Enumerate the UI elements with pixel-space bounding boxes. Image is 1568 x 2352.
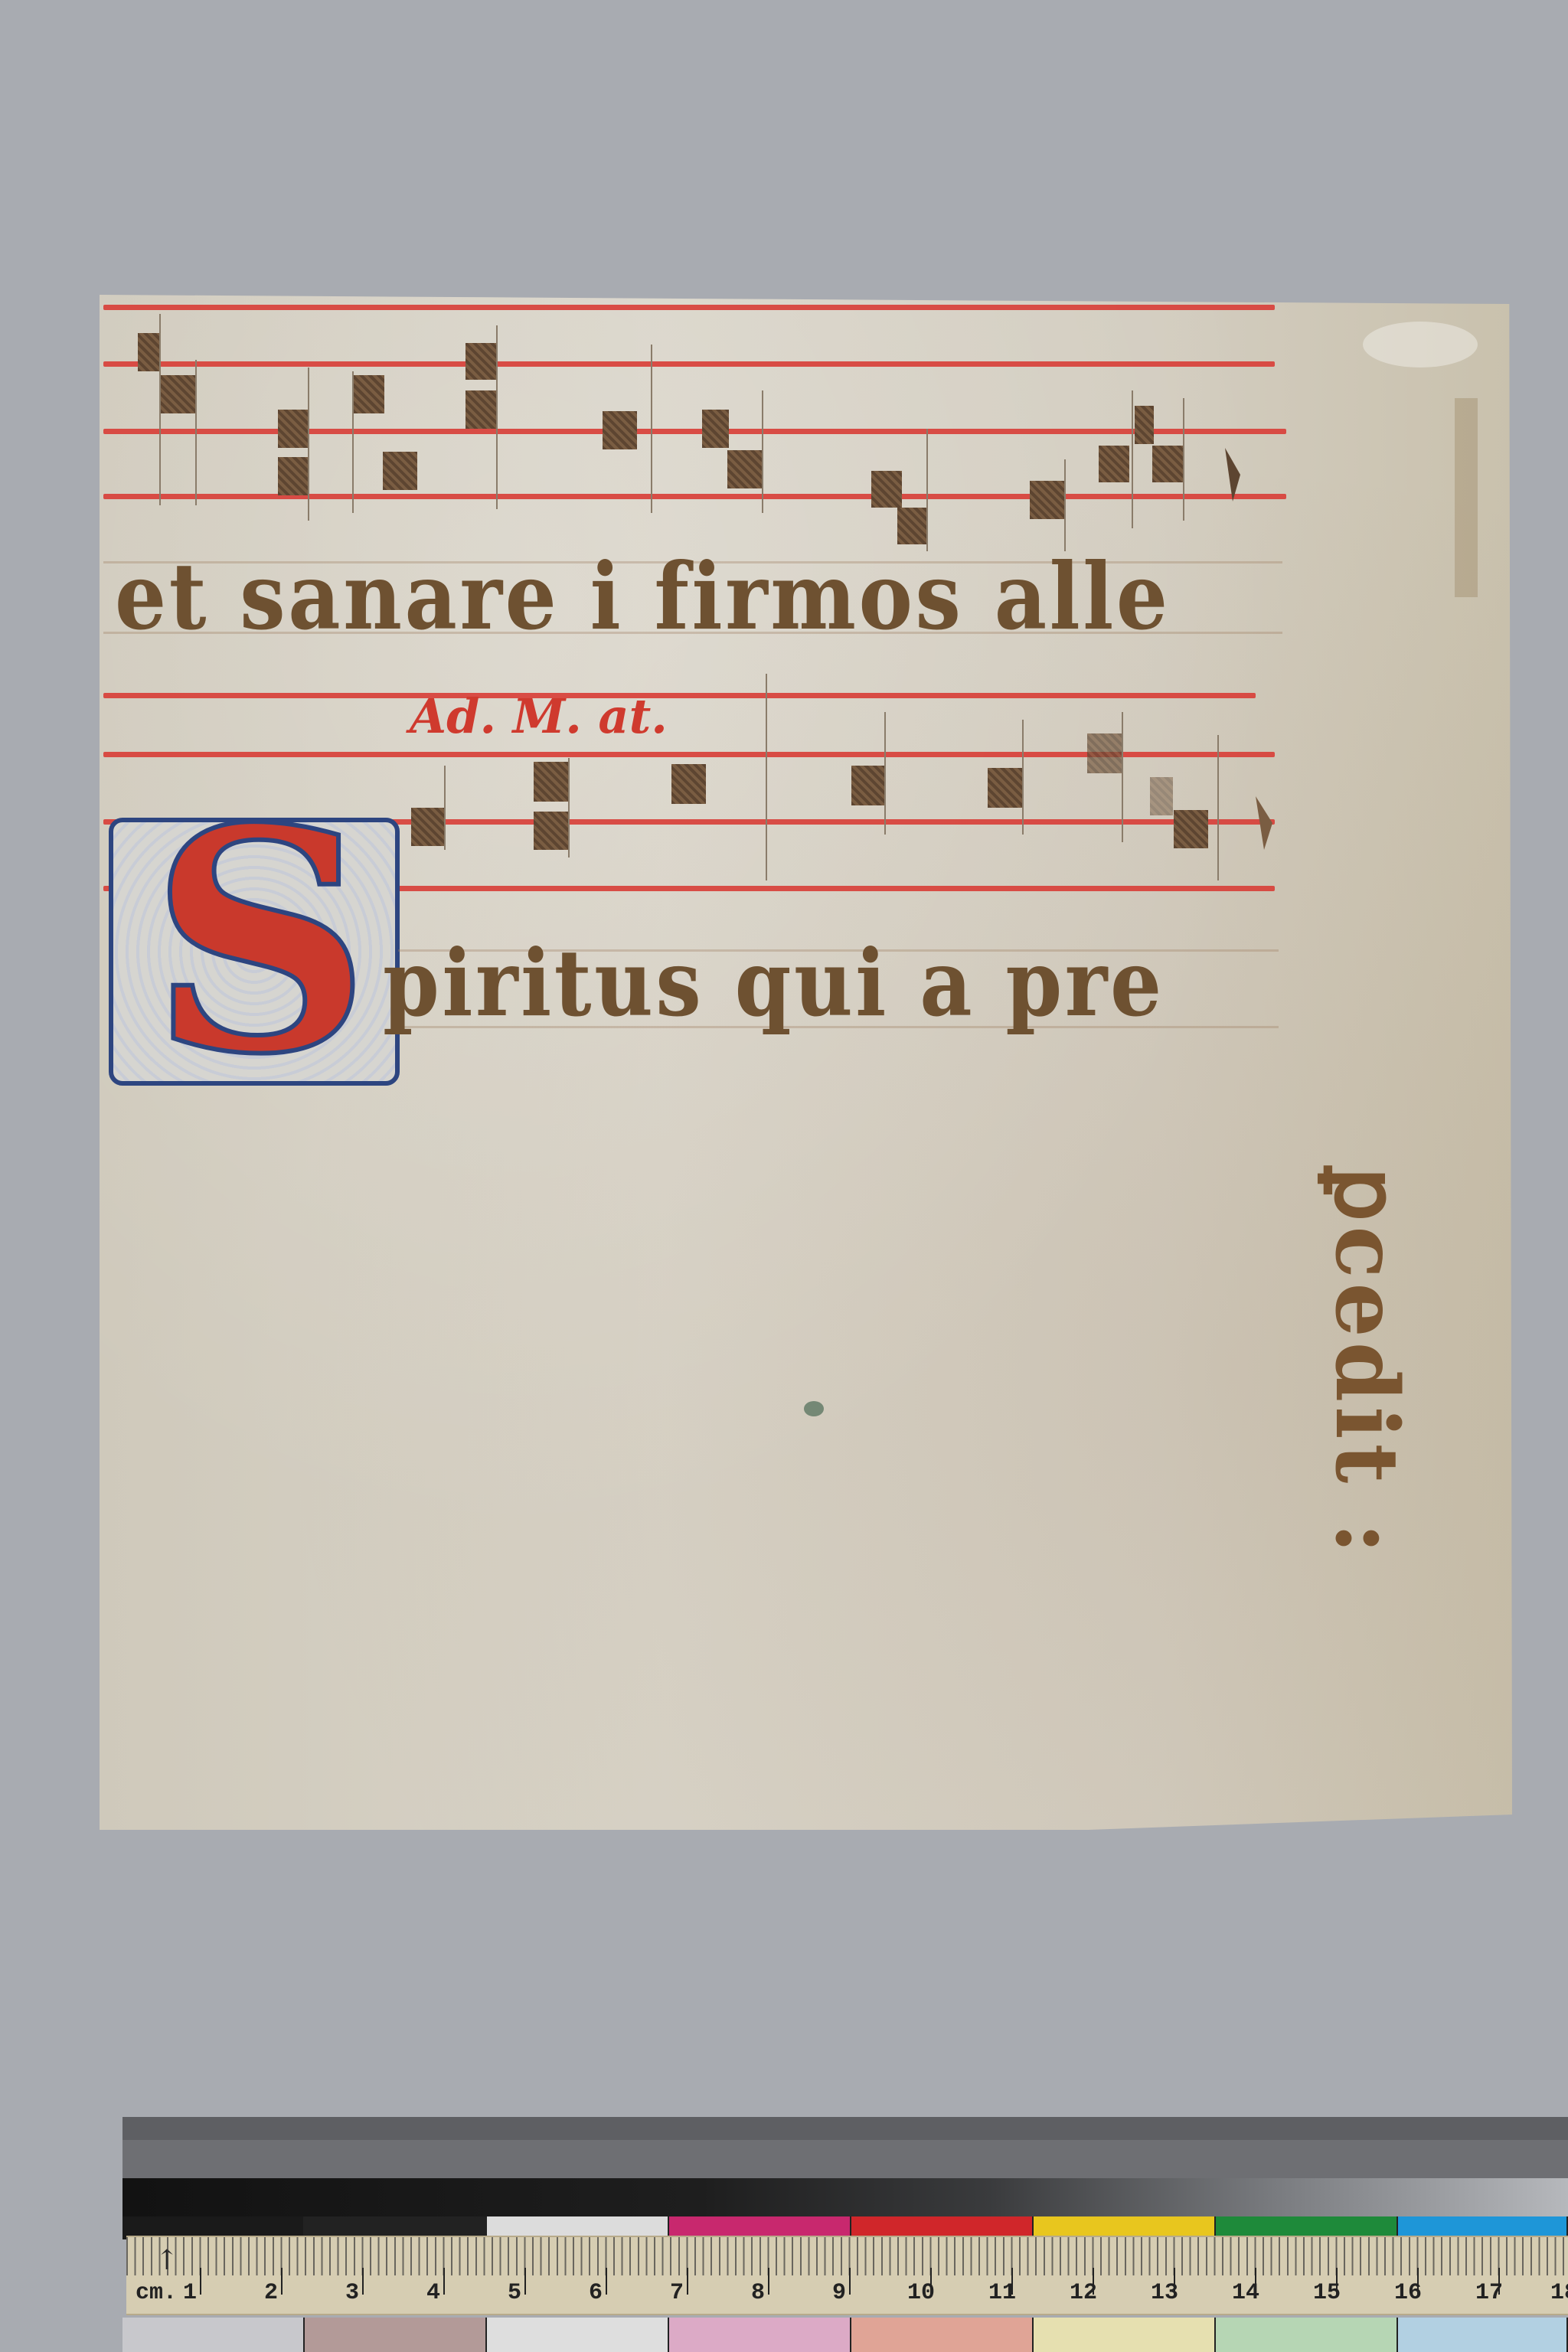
neume-note xyxy=(1030,481,1064,519)
neume-note xyxy=(278,457,309,495)
note-stem xyxy=(1132,390,1133,528)
note-stem xyxy=(1122,712,1123,842)
patch-pale-blue xyxy=(1398,2318,1568,2352)
patch-salmon xyxy=(851,2318,1034,2352)
staff-line xyxy=(103,305,1275,310)
patch-pink xyxy=(669,2318,851,2352)
neume-note xyxy=(702,410,729,448)
text-line-2: piritus qui a pre xyxy=(383,938,1165,1030)
neume-note xyxy=(278,410,309,448)
neume-note xyxy=(465,390,496,429)
chart-bottom-patches xyxy=(122,2318,1568,2352)
neume-note xyxy=(534,762,568,802)
note-stem xyxy=(651,345,652,513)
note-stem xyxy=(1064,459,1066,551)
page-edge-damage xyxy=(1455,398,1478,597)
note-stem xyxy=(444,766,446,850)
ruler-cm-ticks xyxy=(200,2268,1568,2295)
neume-note xyxy=(1135,406,1154,444)
stain xyxy=(804,1401,824,1416)
neume-note xyxy=(603,411,637,449)
neume-note xyxy=(411,808,446,846)
note-stem xyxy=(766,674,767,880)
neume-note xyxy=(383,452,417,490)
note-stem xyxy=(926,429,928,551)
patch-light-gray xyxy=(122,2318,305,2352)
note-stem xyxy=(1022,720,1024,835)
neume-note xyxy=(161,375,195,413)
neume-note xyxy=(1174,810,1208,848)
text-line-1: et sanare i firmos alle xyxy=(115,551,1171,643)
neume-note xyxy=(871,471,902,508)
ruler-number: 1 xyxy=(183,2280,197,2306)
neume-note xyxy=(354,375,384,413)
note-stem xyxy=(1217,735,1219,880)
note-stem xyxy=(496,325,498,509)
chart-grayscale-strip xyxy=(122,2178,1568,2216)
ruler-unit-label: cm. xyxy=(136,2280,177,2306)
neume-note xyxy=(671,764,706,804)
note-stem xyxy=(568,758,570,857)
neume-note xyxy=(727,450,762,488)
neume-note xyxy=(1099,446,1129,482)
neume-note xyxy=(534,812,568,850)
note-stem xyxy=(195,360,197,505)
stain xyxy=(1363,322,1478,367)
note-stem xyxy=(159,314,161,505)
rubric: Ad. M. at. xyxy=(410,693,668,740)
note-stem xyxy=(884,712,886,835)
note-stem xyxy=(308,367,309,521)
chart-gray-strip xyxy=(122,2140,1568,2178)
patch-mauve xyxy=(305,2318,487,2352)
note-stem xyxy=(762,390,763,513)
staff-line xyxy=(103,361,1275,367)
neume-note xyxy=(138,333,161,371)
vertical-catchword: ꝑcedit : xyxy=(1317,1148,1409,1577)
neume-note xyxy=(988,768,1022,808)
neume-note xyxy=(897,508,928,544)
color-calibration-chart xyxy=(122,2117,1568,2352)
note-stem xyxy=(352,371,354,513)
patch-pale-green xyxy=(1216,2318,1398,2352)
neume-note xyxy=(851,766,886,805)
centimeter-ruler: ↑ cm. 1 2 3 4 5 6 7 8 9 10 11 12 13 14 1… xyxy=(126,2236,1568,2315)
note-stem xyxy=(1183,398,1184,521)
patch-white xyxy=(487,2318,669,2352)
neume-note xyxy=(1152,446,1183,482)
neume-note xyxy=(1150,777,1173,815)
patch-pale-yellow xyxy=(1034,2318,1216,2352)
chart-gray-strip xyxy=(122,2117,1568,2140)
neume-note xyxy=(465,343,496,380)
staff-line xyxy=(103,693,1256,698)
neume-note xyxy=(1087,733,1122,773)
illuminated-initial-s: S xyxy=(130,789,390,1080)
